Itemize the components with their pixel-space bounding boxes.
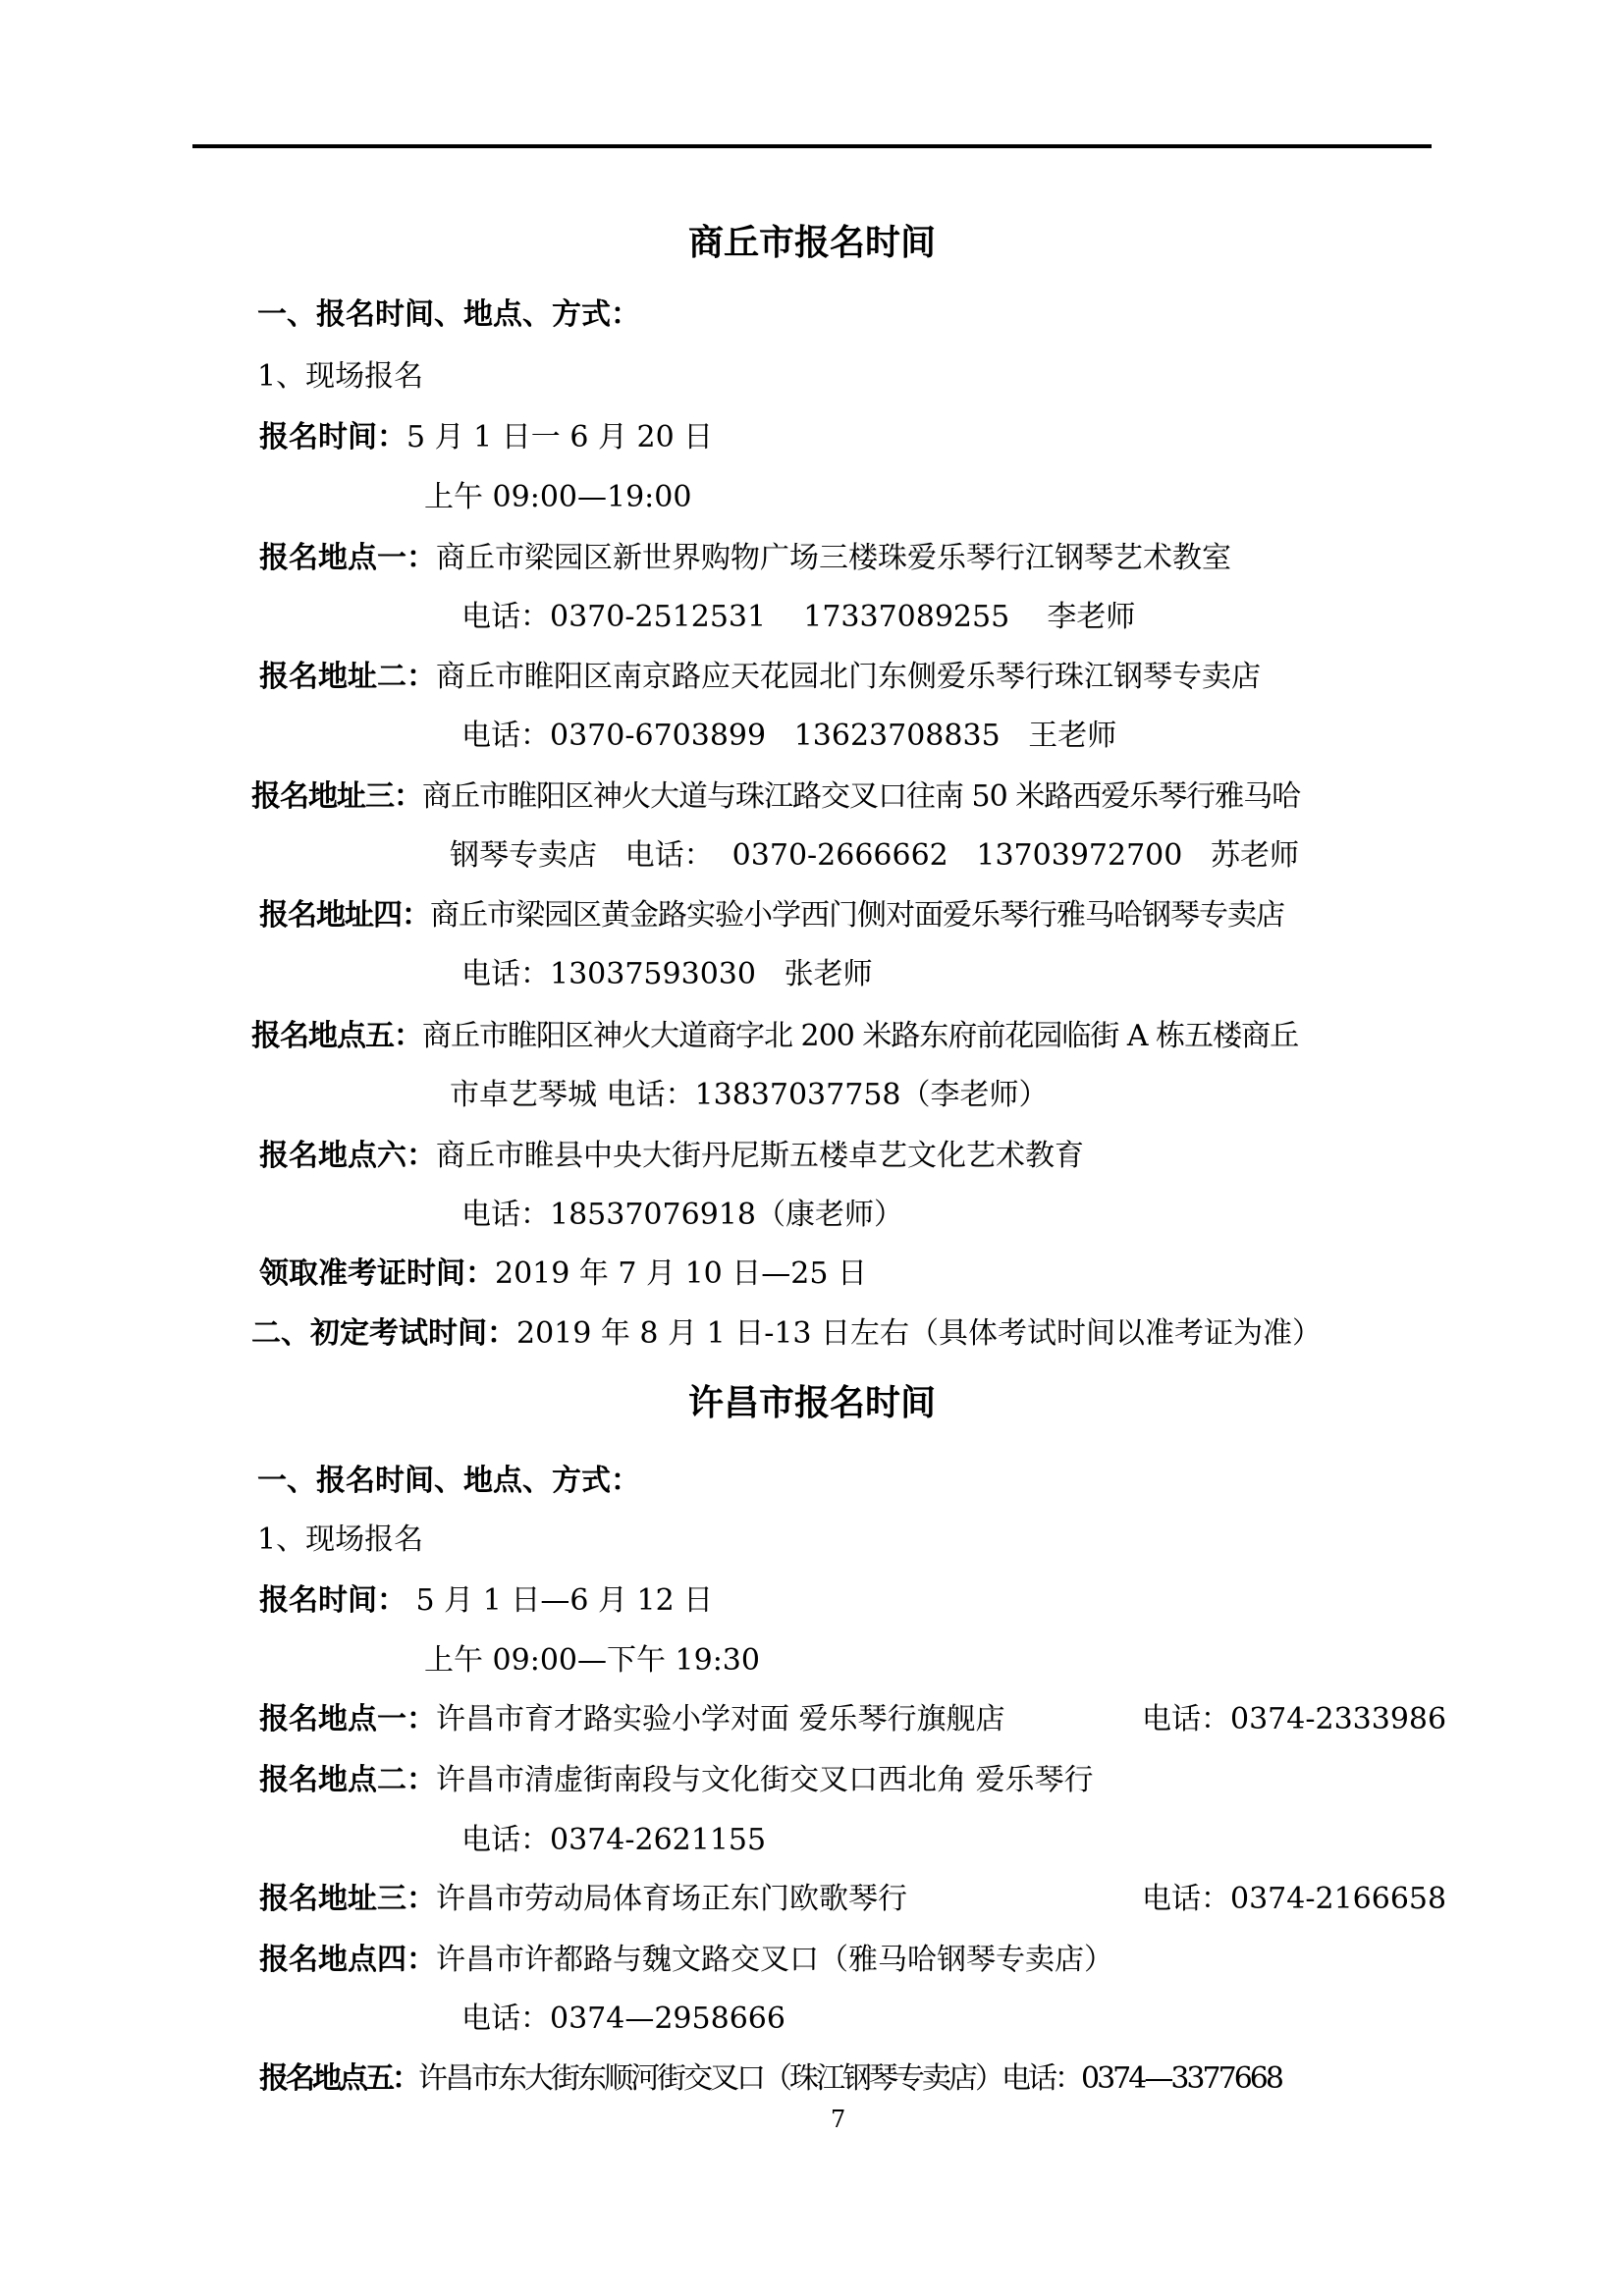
location-address: 商丘市睢阳区神火大道与珠江路交叉口往南 50 米路西爱乐琴行雅马哈 — [422, 779, 1300, 814]
location-row: 报名地点五：许昌市东大街东顺河街交叉口（珠江钢琴专卖店）电话：0374—3377… — [259, 2059, 1281, 2099]
registration-time-row: 报名时间：5 月 1 日一 6 月 20 日 — [259, 418, 713, 457]
subheading-onsite: 1、现场报名 — [257, 357, 423, 397]
exam-time-row: 二、初定考试时间：2019 年 8 月 1 日-13 日左右（具体考试时间以准考… — [251, 1314, 1322, 1354]
location-row: 报名地点六：商丘市睢县中央大街丹尼斯五楼卓艺文化艺术教育 — [259, 1137, 1084, 1176]
location-contact: 钢琴专卖店 电话： 0370-2666662 13703972700 苏老师 — [450, 836, 1299, 876]
location-address: 许昌市东大街东顺河街交叉口（珠江钢琴专卖店）电话：0374—3377668 — [418, 2061, 1281, 2096]
location-contact: 电话：0370-2512531 17337089255 李老师 — [461, 598, 1135, 637]
admit-card-value: 2019 年 7 月 10 日—25 日 — [495, 1256, 867, 1291]
location-label: 报名地址四： — [259, 898, 430, 933]
location-address: 许昌市育才路实验小学对面 爱乐琴行旗舰店 — [436, 1702, 1005, 1736]
heading-registration: 一、报名时间、地点、方式： — [257, 1462, 640, 1501]
registration-time-hours: 上午 09:00—下午 19:30 — [424, 1641, 760, 1681]
location-contact: 市卓艺琴城 电话：13837037758（李老师） — [450, 1076, 1049, 1115]
location-address: 商丘市梁园区新世界购物广场三楼珠爱乐琴行江钢琴艺术教室 — [436, 541, 1231, 575]
location-label: 报名地址三： — [259, 1882, 436, 1916]
location-label: 报名地址二： — [259, 660, 436, 694]
location-address: 商丘市睢阳区神火大道商字北 200 米路东府前花园临街 A 栋五楼商丘 — [422, 1019, 1298, 1053]
location-label: 报名地点二： — [259, 1763, 436, 1797]
location-label: 报名地点五： — [251, 1019, 422, 1053]
location-contact: 电话：0374-2333986 — [1142, 1700, 1446, 1739]
registration-time-label: 报名时间： — [259, 420, 406, 454]
exam-time-label: 二、初定考试时间： — [251, 1316, 516, 1351]
exam-time-value: 2019 年 8 月 1 日-13 日左右（具体考试时间以准考证为准） — [516, 1316, 1322, 1351]
location-address: 许昌市清虚街南段与文化街交叉口西北角 爱乐琴行 — [436, 1763, 1094, 1797]
location-label: 报名地点四： — [259, 1943, 436, 1977]
location-label: 报名地点六： — [259, 1139, 436, 1173]
heading-registration: 一、报名时间、地点、方式： — [257, 295, 640, 335]
admit-card-label: 领取准考证时间： — [259, 1256, 495, 1291]
location-row: 报名地点五：商丘市睢阳区神火大道商字北 200 米路东府前花园临街 A 栋五楼商… — [251, 1017, 1298, 1056]
location-row: 报名地址三：商丘市睢阳区神火大道与珠江路交叉口往南 50 米路西爱乐琴行雅马哈 — [251, 777, 1300, 817]
registration-time-hours: 上午 09:00—19:00 — [424, 478, 691, 517]
location-row: 报名地址二：商丘市睢阳区南京路应天花园北门东侧爱乐琴行珠江钢琴专卖店 — [259, 658, 1261, 697]
location-contact: 电话：18537076918（康老师） — [461, 1196, 903, 1235]
location-contact: 电话：13037593030 张老师 — [461, 955, 873, 994]
page-number: 7 — [831, 2106, 845, 2133]
location-address: 商丘市睢阳区南京路应天花园北门东侧爱乐琴行珠江钢琴专卖店 — [436, 660, 1261, 694]
location-contact: 电话：0374-2166658 — [1142, 1880, 1446, 1919]
location-contact: 电话：0374-2621155 — [461, 1821, 766, 1860]
section-title-shangqiu: 商丘市报名时间 — [0, 222, 1624, 265]
location-row: 报名地点二：许昌市清虚街南段与文化街交叉口西北角 爱乐琴行 — [259, 1761, 1094, 1800]
admit-card-row: 领取准考证时间：2019 年 7 月 10 日—25 日 — [259, 1255, 867, 1294]
location-row: 报名地址四：商丘市梁园区黄金路实验小学西门侧对面爱乐琴行雅马哈钢琴专卖店 — [259, 896, 1284, 935]
location-label: 报名地点一： — [259, 541, 436, 575]
location-label: 报名地址三： — [251, 779, 422, 814]
location-contact: 电话：0370-6703899 13623708835 王老师 — [461, 717, 1116, 756]
registration-time-dates: 5 月 1 日—6 月 12 日 — [406, 1583, 713, 1618]
location-contact: 电话：0374—2958666 — [461, 2000, 785, 2039]
section-title-xuchang: 许昌市报名时间 — [0, 1382, 1624, 1425]
location-address: 商丘市睢县中央大街丹尼斯五楼卓艺文化艺术教育 — [436, 1139, 1084, 1173]
header-rule — [192, 144, 1432, 148]
registration-time-label: 报名时间： — [259, 1583, 406, 1618]
location-label: 报名地点一： — [259, 1702, 436, 1736]
location-label: 报名地点五： — [259, 2061, 418, 2096]
location-row: 报名地点一：许昌市育才路实验小学对面 爱乐琴行旗舰店 — [259, 1700, 1005, 1739]
location-row: 报名地址三：许昌市劳动局体育场正东门欧歌琴行 — [259, 1880, 907, 1919]
location-row: 报名地点一：商丘市梁园区新世界购物广场三楼珠爱乐琴行江钢琴艺术教室 — [259, 539, 1231, 578]
location-address: 许昌市许都路与魏文路交叉口（雅马哈钢琴专卖店） — [436, 1943, 1113, 1977]
registration-time-row: 报名时间： 5 月 1 日—6 月 12 日 — [259, 1581, 713, 1621]
subheading-onsite: 1、现场报名 — [257, 1521, 423, 1560]
location-address: 许昌市劳动局体育场正东门欧歌琴行 — [436, 1882, 907, 1916]
location-row: 报名地点四：许昌市许都路与魏文路交叉口（雅马哈钢琴专卖店） — [259, 1941, 1113, 1980]
location-address: 商丘市梁园区黄金路实验小学西门侧对面爱乐琴行雅马哈钢琴专卖店 — [430, 898, 1284, 933]
registration-time-dates: 5 月 1 日一 6 月 20 日 — [406, 420, 713, 454]
